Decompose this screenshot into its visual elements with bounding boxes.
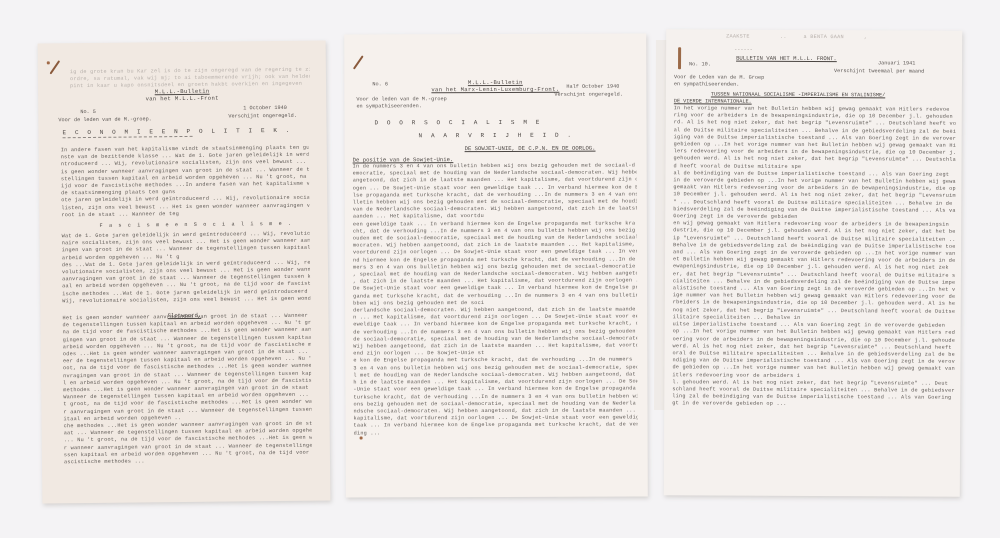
paragraph-block: In de nummers 3 en 4 van ons bulletin he… <box>353 163 638 438</box>
frequency: Verschijnt tweemaal per maand <box>834 68 924 75</box>
pencil-mark <box>678 47 681 69</box>
pencil-mark <box>50 60 61 74</box>
issue-number: No. 10. <box>689 61 711 68</box>
paragraph-block: In andere fasen van het kapitalisme vind… <box>61 145 310 220</box>
main-heading-line1: TUSSEN NATIONAAL SOCIALISME -IMPERIALISM… <box>711 91 885 98</box>
text-line: Wij hebben aangetoond, dat zich in de la… <box>353 343 637 351</box>
paragraph-block: In het vorige nummer van het Bulletin he… <box>672 105 956 409</box>
issue-number: No. 5 <box>80 109 96 116</box>
text-line: ganda met turksche kracht, dat de verhou… <box>353 292 637 300</box>
frequency: Verschijnt ongeregeld. <box>228 113 297 121</box>
issue-date: 1 October 1940 <box>243 105 287 112</box>
audience-line2: en sympathiseerenden. <box>356 103 421 110</box>
pencil-dot <box>47 61 50 64</box>
issue-date: Januari 1941 <box>878 60 915 67</box>
text-line: ascistische methodes ... <box>64 457 312 467</box>
pencil-mark <box>353 55 364 69</box>
paragraph-block: Wat de 1. Gote jaren geleidelijk in werd… <box>62 231 311 306</box>
section-heading: F a s c i s m e e n S o c i a l i s m e … <box>99 221 269 229</box>
subtitle-heading: DE SOWJET-UNIE, DE C.P.N. EN DE OORLOG. <box>465 145 596 152</box>
audience: Voor de leden van de M.-groep. <box>58 116 151 124</box>
issue-date: Half October 1940 <box>566 84 619 91</box>
bulletin-page-3: ZAAKSTE .. a BENTA GAAN , ------ BULLETI… <box>664 29 962 497</box>
text-line: root in de staat ... Wanneer de teg <box>61 210 309 220</box>
frequency: Verschijnt ongeregeld. <box>554 92 623 99</box>
text-line: ding ... <box>354 429 638 437</box>
main-heading-line2: DE VIERDE INTERNATIONALE. <box>674 98 752 104</box>
bulletin-page-2: No. 6 M.L.L.-Bulletin van het Marx-Lenin… <box>344 33 648 497</box>
pencil-dot <box>360 436 363 439</box>
faint-text: ------ <box>734 47 753 54</box>
text-line: taak ... In verband hiermee kon de Engel… <box>354 422 638 430</box>
text-line: gt in de veroverde gebieden op ... <box>672 401 954 410</box>
bulletin-title: BULLETIN VAN HET M.L.L. FRONT. <box>736 55 837 63</box>
bulletin-page-1: ig de grote kran bu Kar zel is do te zij… <box>38 41 331 504</box>
main-heading-line1: D O O R S O C I A L I S M E <box>374 119 541 127</box>
audience-line2: en sympathiseerenden. <box>674 81 739 88</box>
paragraph-block: Het is geen wonder wanneer aanvragingen … <box>62 313 312 467</box>
main-heading-line2: N A A R V R I J H E I D . <box>419 132 574 140</box>
main-heading: E C O N O M I E E N P O L I T I E K . <box>62 128 192 136</box>
